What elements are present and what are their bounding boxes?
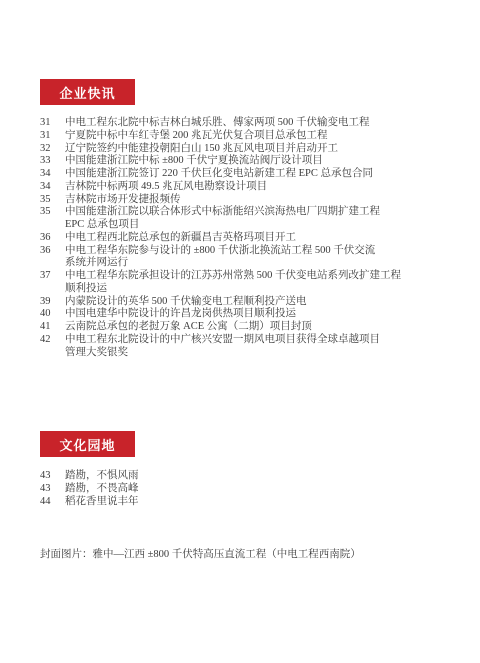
toc-item: 35 吉林院市场开发捷报频传 bbox=[40, 194, 444, 207]
toc-item-title: 中电工程东北院设计的中广核兴安盟一期风电项目获得全球卓越项目 管理大奖银奖 bbox=[65, 334, 444, 360]
toc-page-number: 35 bbox=[40, 194, 65, 207]
toc-page-number: 34 bbox=[40, 168, 65, 181]
toc-page-number: 34 bbox=[40, 181, 65, 194]
toc-item: 36 中电工程华东院参与设计的 ±800 千伏浙北换流站工程 500 千伏交流 … bbox=[40, 245, 444, 271]
toc-page-number: 41 bbox=[40, 321, 65, 334]
toc-item-title: 中电工程西北院总承包的新疆昌吉英格玛项目开工 bbox=[65, 232, 444, 245]
toc-item: 31 中电工程东北院中标吉林白城乐胜、傅家两项 500 千伏输变电工程 bbox=[40, 117, 444, 130]
toc-item: 34 中国能建浙江院签订 220 千伏巨化变电站新建工程 EPC 总承包合同 bbox=[40, 168, 444, 181]
toc-item: 37 中电工程华东院承担设计的江苏苏州常熟 500 千伏变电站系列改扩建工程 顺… bbox=[40, 270, 444, 296]
toc-item: 41 云南院总承包的老挝万象 ACE 公寓（二期）项目封顶 bbox=[40, 321, 444, 334]
toc-item-title: 中电工程华东院参与设计的 ±800 千伏浙北换流站工程 500 千伏交流 系统并… bbox=[65, 245, 444, 271]
toc-item-title: 中国能建浙江院以联合体形式中标浙能绍兴滨海热电厂四期扩建工程 EPC 总承包项目 bbox=[65, 206, 444, 232]
toc-item: 43 踏勘，不畏高峰 bbox=[40, 483, 444, 496]
toc-page-number: 37 bbox=[40, 270, 65, 283]
toc-page-number: 40 bbox=[40, 308, 65, 321]
toc-item-title: 中电工程东北院中标吉林白城乐胜、傅家两项 500 千伏输变电工程 bbox=[65, 117, 444, 130]
toc-page-number: 32 bbox=[40, 143, 65, 156]
toc-item-title: 稻花香里说丰年 bbox=[65, 496, 444, 509]
toc-page-number: 36 bbox=[40, 245, 65, 258]
toc-item: 42 中电工程东北院设计的中广核兴安盟一期风电项目获得全球卓越项目 管理大奖银奖 bbox=[40, 334, 444, 360]
toc-item: 43 踏勘，不惧风雨 bbox=[40, 470, 444, 483]
toc-page-number: 36 bbox=[40, 232, 65, 245]
toc-page-number: 43 bbox=[40, 470, 65, 483]
toc-page-number: 39 bbox=[40, 296, 65, 309]
toc-item-title: 中国电建华中院设计的许昌龙岗供热项目顺利投运 bbox=[65, 308, 444, 321]
toc-page-number: 31 bbox=[40, 130, 65, 143]
toc-item-title: 内蒙院设计的英华 500 千伏输变电工程顺利投产送电 bbox=[65, 296, 444, 309]
toc-item: 36 中电工程西北院总承包的新疆昌吉英格玛项目开工 bbox=[40, 232, 444, 245]
section-header-culture-garden: 文化园地 bbox=[40, 431, 135, 457]
toc-item: 39 内蒙院设计的英华 500 千伏输变电工程顺利投产送电 bbox=[40, 296, 444, 309]
toc-page-number: 31 bbox=[40, 117, 65, 130]
toc-item-title: 踏勘，不惧风雨 bbox=[65, 470, 444, 483]
toc-item-title: 中电工程华东院承担设计的江苏苏州常熟 500 千伏变电站系列改扩建工程 顺利投运 bbox=[65, 270, 444, 296]
toc-item: 44 稻花香里说丰年 bbox=[40, 496, 444, 509]
toc-item-title: 宁夏院中标中车红寺堡 200 兆瓦光伏复合项目总承包工程 bbox=[65, 130, 444, 143]
toc-page-number: 44 bbox=[40, 496, 65, 509]
toc-item: 31 宁夏院中标中车红寺堡 200 兆瓦光伏复合项目总承包工程 bbox=[40, 130, 444, 143]
toc-item: 35 中国能建浙江院以联合体形式中标浙能绍兴滨海热电厂四期扩建工程 EPC 总承… bbox=[40, 206, 444, 232]
toc-item-title: 中国能建浙江院签订 220 千伏巨化变电站新建工程 EPC 总承包合同 bbox=[65, 168, 444, 181]
toc-item: 34 吉林院中标两项 49.5 兆瓦风电勘察设计项目 bbox=[40, 181, 444, 194]
toc-item: 40 中国电建华中院设计的许昌龙岗供热项目顺利投运 bbox=[40, 308, 444, 321]
toc-item-title: 云南院总承包的老挝万象 ACE 公寓（二期）项目封顶 bbox=[65, 321, 444, 334]
document-page: 企业快讯 31 中电工程东北院中标吉林白城乐胜、傅家两项 500 千伏输变电工程… bbox=[0, 0, 480, 663]
toc-item: 33 中国能建浙江院中标 ±800 千伏宁夏换流站阀厅设计项目 bbox=[40, 155, 444, 168]
toc-item-title: 吉林院市场开发捷报频传 bbox=[65, 194, 444, 207]
toc-list-culture-garden: 43 踏勘，不惧风雨 43 踏勘，不畏高峰 44 稻花香里说丰年 bbox=[40, 470, 444, 508]
toc-item: 32 辽宁院签约中能建投朝阳白山 150 兆瓦风电项目并启动开工 bbox=[40, 143, 444, 156]
section-header-label: 文化园地 bbox=[59, 435, 115, 454]
toc-item-title: 辽宁院签约中能建投朝阳白山 150 兆瓦风电项目并启动开工 bbox=[65, 143, 444, 156]
toc-item-title: 踏勘，不畏高峰 bbox=[65, 483, 444, 496]
section-header-label: 企业快讯 bbox=[59, 83, 115, 102]
toc-page-number: 43 bbox=[40, 483, 65, 496]
toc-page-number: 35 bbox=[40, 206, 65, 219]
toc-page-number: 33 bbox=[40, 155, 65, 168]
toc-item-title: 吉林院中标两项 49.5 兆瓦风电勘察设计项目 bbox=[65, 181, 444, 194]
cover-image-caption: 封面图片：雅中—江西 ±800 千伏特高压直流工程（中电工程西南院） bbox=[40, 548, 361, 561]
section-header-enterprise-news: 企业快讯 bbox=[40, 79, 135, 105]
toc-list-enterprise-news: 31 中电工程东北院中标吉林白城乐胜、傅家两项 500 千伏输变电工程 31 宁… bbox=[40, 117, 444, 359]
toc-item-title: 中国能建浙江院中标 ±800 千伏宁夏换流站阀厅设计项目 bbox=[65, 155, 444, 168]
toc-page-number: 42 bbox=[40, 334, 65, 347]
